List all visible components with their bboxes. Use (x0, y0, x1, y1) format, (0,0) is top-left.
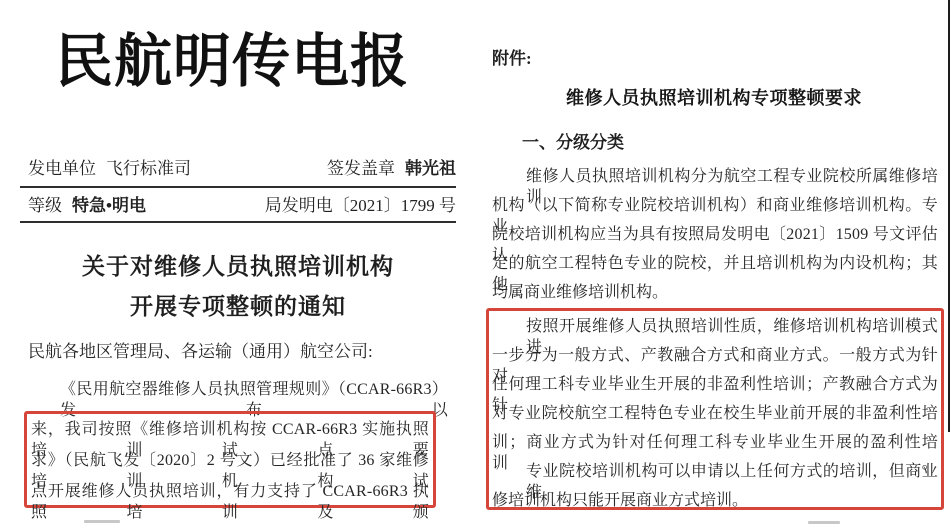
highlight-line: 修培训机构只能开展商业方式培训。 (492, 490, 748, 511)
meta-row-level: 等级特急•明电 局发明电〔2021〕1799 号 (28, 195, 456, 217)
level-pair: 等级特急•明电 (28, 195, 146, 217)
scanned-telegram-document: 民航明传电报 发电单位飞行标准司 签发盖章韩光祖 等级特急•明电 局发明电〔20… (0, 0, 952, 528)
page-right: 附件: 维修人员执照培训机构专项整顿要求 一、分级分类 维修人员执照培训机构分为… (476, 0, 952, 528)
doc-number: 局发明电〔2021〕1799 号 (265, 195, 456, 217)
cropped-text-smudge-left (84, 520, 120, 523)
highlight-line: 点开展维修人员执照培训，有力支持了 CCAR-66R3 执照培训及颁 (31, 481, 429, 523)
level-value: 特急•明电 (72, 196, 146, 215)
notice-title-line2: 开展专项整顿的通知 (0, 288, 476, 321)
sign-pair: 签发盖章韩光祖 (327, 158, 456, 180)
cropped-text-smudge-right (808, 521, 840, 524)
level-label: 等级 (28, 196, 62, 215)
page-left: 民航明传电报 发电单位飞行标准司 签发盖章韩光祖 等级特急•明电 局发明电〔20… (0, 0, 476, 528)
attachment-label: 附件: (492, 44, 532, 69)
attachment-title: 维修人员执照培训机构专项整顿要求 (476, 84, 952, 110)
sender-value: 飞行标准司 (106, 159, 191, 178)
sign-label: 签发盖章 (327, 159, 395, 178)
meta-row-sender: 发电单位飞行标准司 签发盖章韩光祖 (28, 158, 456, 180)
notice-title-line1: 关于对维修人员执照培训机构 (0, 248, 476, 281)
page-edge-line (948, 0, 950, 432)
divider-rule-top (20, 186, 456, 188)
masthead-title: 民航明传电报 (48, 18, 416, 108)
sign-value: 韩光祖 (405, 159, 456, 178)
sender-label: 发电单位 (28, 159, 96, 178)
section-heading: 一、分级分类 (522, 128, 624, 153)
divider-rule-bottom (20, 221, 456, 223)
highlight-line: 对专业院校航空工程特色专业在校生毕业前开展的非盈利性培 (492, 403, 938, 424)
sender-pair: 发电单位飞行标准司 (28, 158, 191, 180)
paragraph-line: 均属商业维修培训机构。 (492, 282, 668, 303)
salutation-line: 民航各地区管理局、各运输（通用）航空公司: (28, 341, 373, 362)
